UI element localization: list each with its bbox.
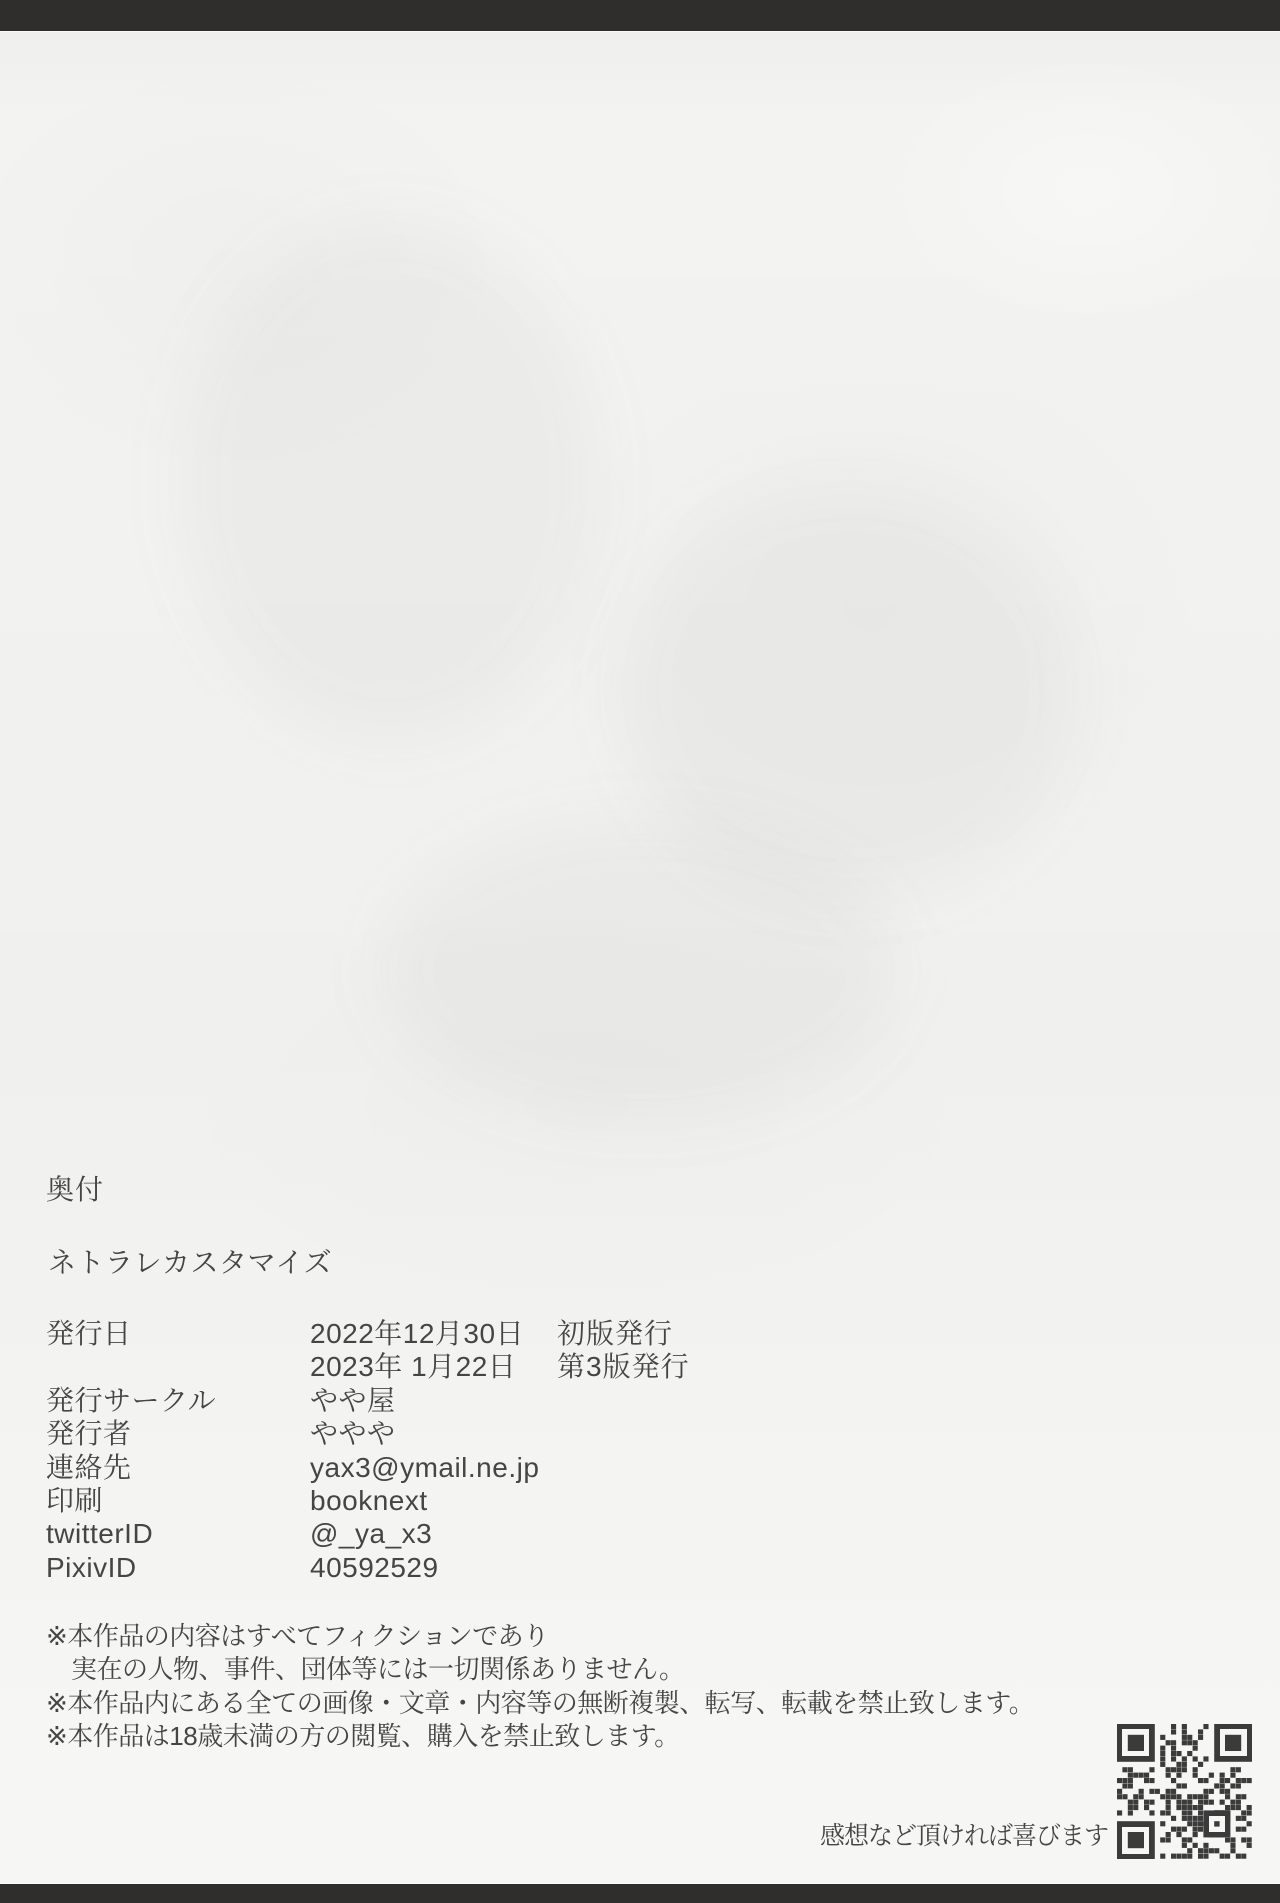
row-value: 2023年 1月22日 bbox=[310, 1350, 557, 1383]
row-label: 発行日 bbox=[46, 1317, 310, 1350]
scan-edge-top bbox=[0, 0, 1280, 31]
row-value: やや屋 bbox=[310, 1384, 557, 1417]
row-value: ややや bbox=[310, 1417, 557, 1450]
section-title: 奥付 bbox=[46, 1173, 104, 1207]
row-label: 印刷 bbox=[46, 1484, 310, 1517]
table-row: 発行日 2022年12月30日 初版発行 bbox=[46, 1317, 1146, 1350]
qr-code-icon bbox=[1117, 1724, 1252, 1859]
disclaimer-line: ※本作品の内容はすべてフィクションであり bbox=[46, 1620, 1196, 1653]
disclaimer-line: 実在の人物、事件、団体等には一切関係ありません。 bbox=[46, 1653, 1196, 1686]
table-row: twitterID @_ya_x3 bbox=[46, 1517, 1146, 1550]
row-label: 連絡先 bbox=[46, 1451, 310, 1484]
footer-note: 感想など頂ければ喜びます bbox=[820, 1821, 1108, 1851]
table-row: 発行サークル やや屋 bbox=[46, 1384, 1146, 1417]
row-label: 発行サークル bbox=[46, 1384, 310, 1417]
colophon-table: 発行日 2022年12月30日 初版発行 2023年 1月22日 第3版発行 発… bbox=[46, 1317, 1146, 1584]
book-title: ネトラレカスタマイズ bbox=[48, 1246, 332, 1280]
page-ghosting bbox=[380, 820, 900, 1120]
row-value: booknext bbox=[310, 1484, 557, 1517]
row-label: twitterID bbox=[46, 1517, 310, 1550]
table-row: PixivID 40592529 bbox=[46, 1551, 1146, 1584]
row-label bbox=[46, 1350, 310, 1383]
row-label: PixivID bbox=[46, 1551, 310, 1584]
row-label: 発行者 bbox=[46, 1417, 310, 1450]
table-row: 2023年 1月22日 第3版発行 bbox=[46, 1350, 1146, 1383]
row-note: 第3版発行 bbox=[557, 1350, 690, 1383]
disclaimer-line: ※本作品は18歳未満の方の閲覧、購入を禁止致します。 bbox=[46, 1720, 1196, 1753]
row-value: @_ya_x3 bbox=[310, 1517, 557, 1550]
row-value: 40592529 bbox=[310, 1551, 557, 1584]
row-value: 2022年12月30日 bbox=[310, 1317, 557, 1350]
page-ghosting bbox=[180, 220, 600, 740]
table-row: 連絡先 yax3@ymail.ne.jp bbox=[46, 1451, 1146, 1484]
scanned-colophon-page: 奥付 ネトラレカスタマイズ 発行日 2022年12月30日 初版発行 2023年… bbox=[0, 0, 1280, 1903]
disclaimer-line: ※本作品内にある全ての画像・文章・内容等の無断複製、転写、転載を禁止致します。 bbox=[46, 1687, 1196, 1720]
row-note: 初版発行 bbox=[557, 1317, 673, 1350]
disclaimer-list: ※本作品の内容はすべてフィクションであり 実在の人物、事件、団体等には一切関係あ… bbox=[46, 1620, 1196, 1754]
table-row: 印刷 booknext bbox=[46, 1484, 1146, 1517]
scan-edge-bottom bbox=[0, 1884, 1280, 1903]
table-row: 発行者 ややや bbox=[46, 1417, 1146, 1450]
row-value: yax3@ymail.ne.jp bbox=[310, 1451, 557, 1484]
